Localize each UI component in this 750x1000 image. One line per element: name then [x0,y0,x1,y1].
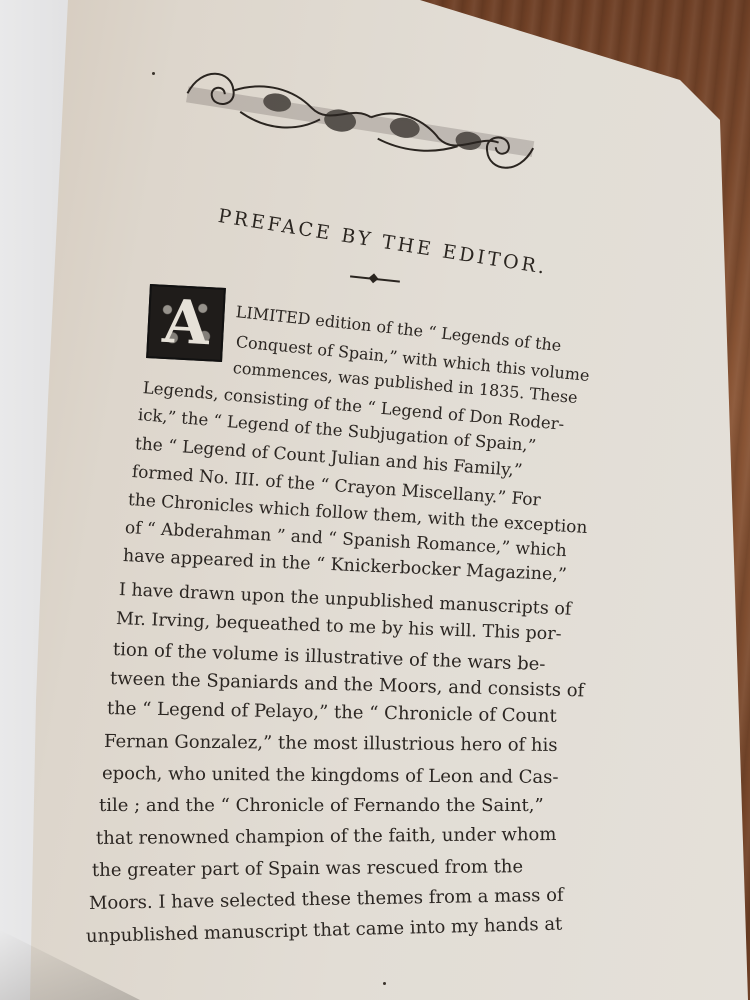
page-content: PREFACE BY THE EDITOR. A LIMITED edition… [0,0,750,1000]
text-line: unpublished manuscript that came into my… [86,914,563,947]
text-line: tile ; and the “ Chronicle of Fernando t… [99,795,544,816]
title-divider [350,275,400,282]
paper-speck [152,72,155,75]
text-line: the greater part of Spain was rescued fr… [92,856,523,881]
paper-speck [383,982,386,985]
text-line: Fernan Gonzalez,” the most illustrious h… [104,731,558,756]
text-line: epoch, who united the kingdoms of Leon a… [102,763,559,788]
ornamental-headpiece-icon [177,58,544,183]
drop-cap: A [146,284,226,362]
text-line: the “ Legend of Pelayo,” the “ Chronicle… [107,698,557,727]
text-line: Moors. I have selected these themes from… [89,885,564,914]
page-title: PREFACE BY THE EDITOR. [217,205,550,279]
drop-cap-letter: A [161,292,211,354]
text-line: that renowned champion of the faith, und… [96,824,557,849]
